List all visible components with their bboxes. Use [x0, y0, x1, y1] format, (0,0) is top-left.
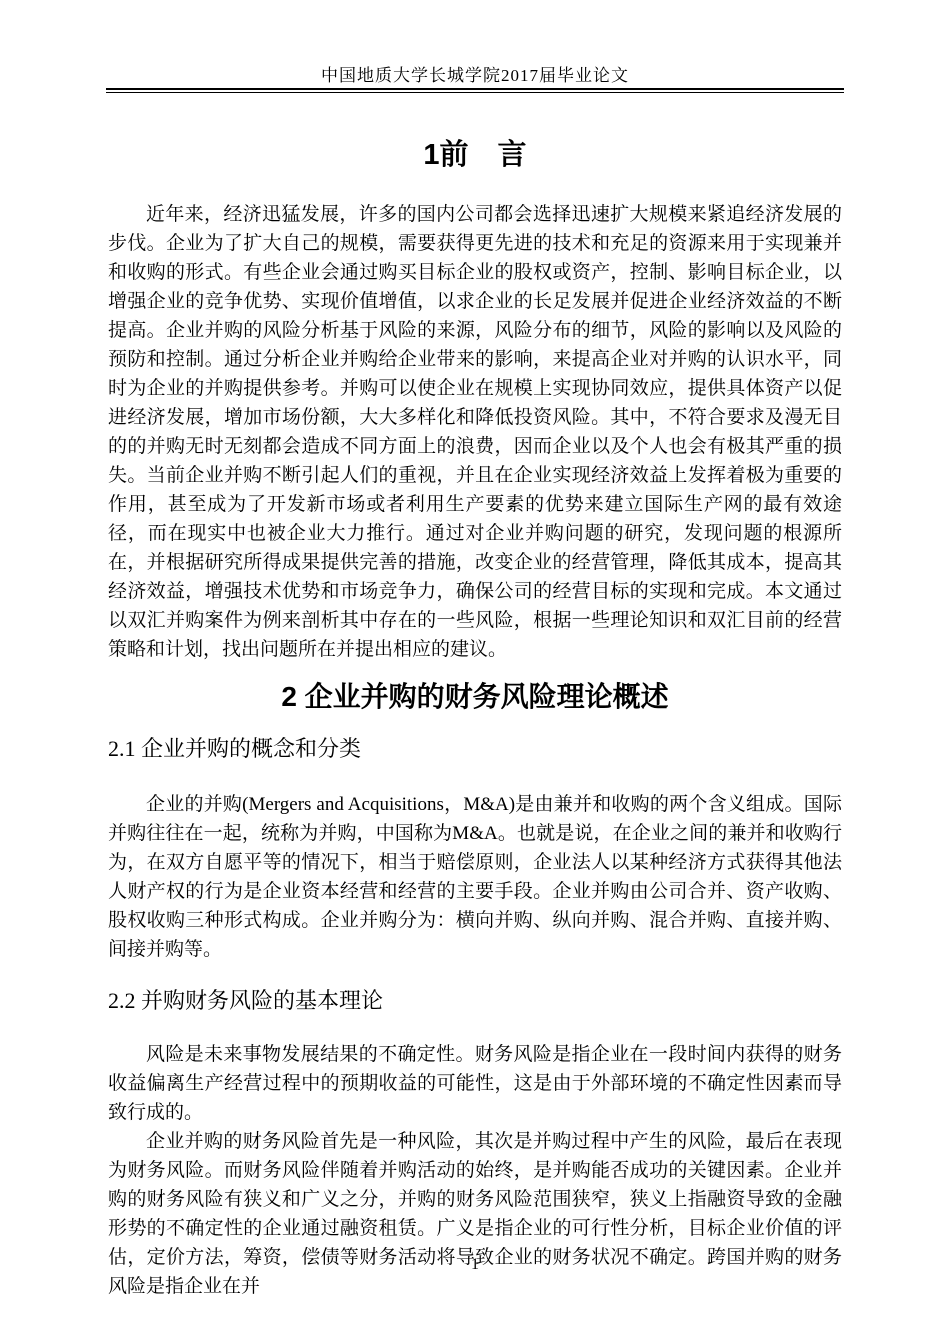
chapter-2-title: 2 企业并购的财务风险理论概述 — [108, 678, 842, 716]
section-2-2-title: 2.2 并购财务风险的基本理论 — [108, 986, 842, 1016]
page-content: 1前 言 近年来，经济迅猛发展，许多的国内公司都会选择迅速扩大规模来紧追经济发展… — [108, 0, 842, 1301]
section-2-1-title: 2.1 企业并购的概念和分类 — [108, 734, 842, 764]
chapter-1-paragraph: 近年来，经济迅猛发展，许多的国内公司都会选择迅速扩大规模来紧追经济发展的步伐。企… — [108, 200, 842, 664]
section-2-1-paragraph: 企业的并购(Mergers and Acquisitions，M&A)是由兼并和… — [108, 790, 842, 964]
page-number: 1 — [0, 1256, 950, 1274]
section-2-2-paragraph-2: 企业并购的财务风险首先是一种风险，其次是并购过程中产生的风险，最后在表现为财务风… — [108, 1127, 842, 1301]
thesis-page: 中国地质大学长城学院2017届毕业论文 1前 言 近年来，经济迅猛发展，许多的国… — [0, 0, 950, 1344]
chapter-1-title: 1前 言 — [108, 136, 842, 174]
section-2-2-paragraph-1: 风险是未来事物发展结果的不确定性。财务风险是指企业在一段时间内获得的财务收益偏离… — [108, 1040, 842, 1127]
